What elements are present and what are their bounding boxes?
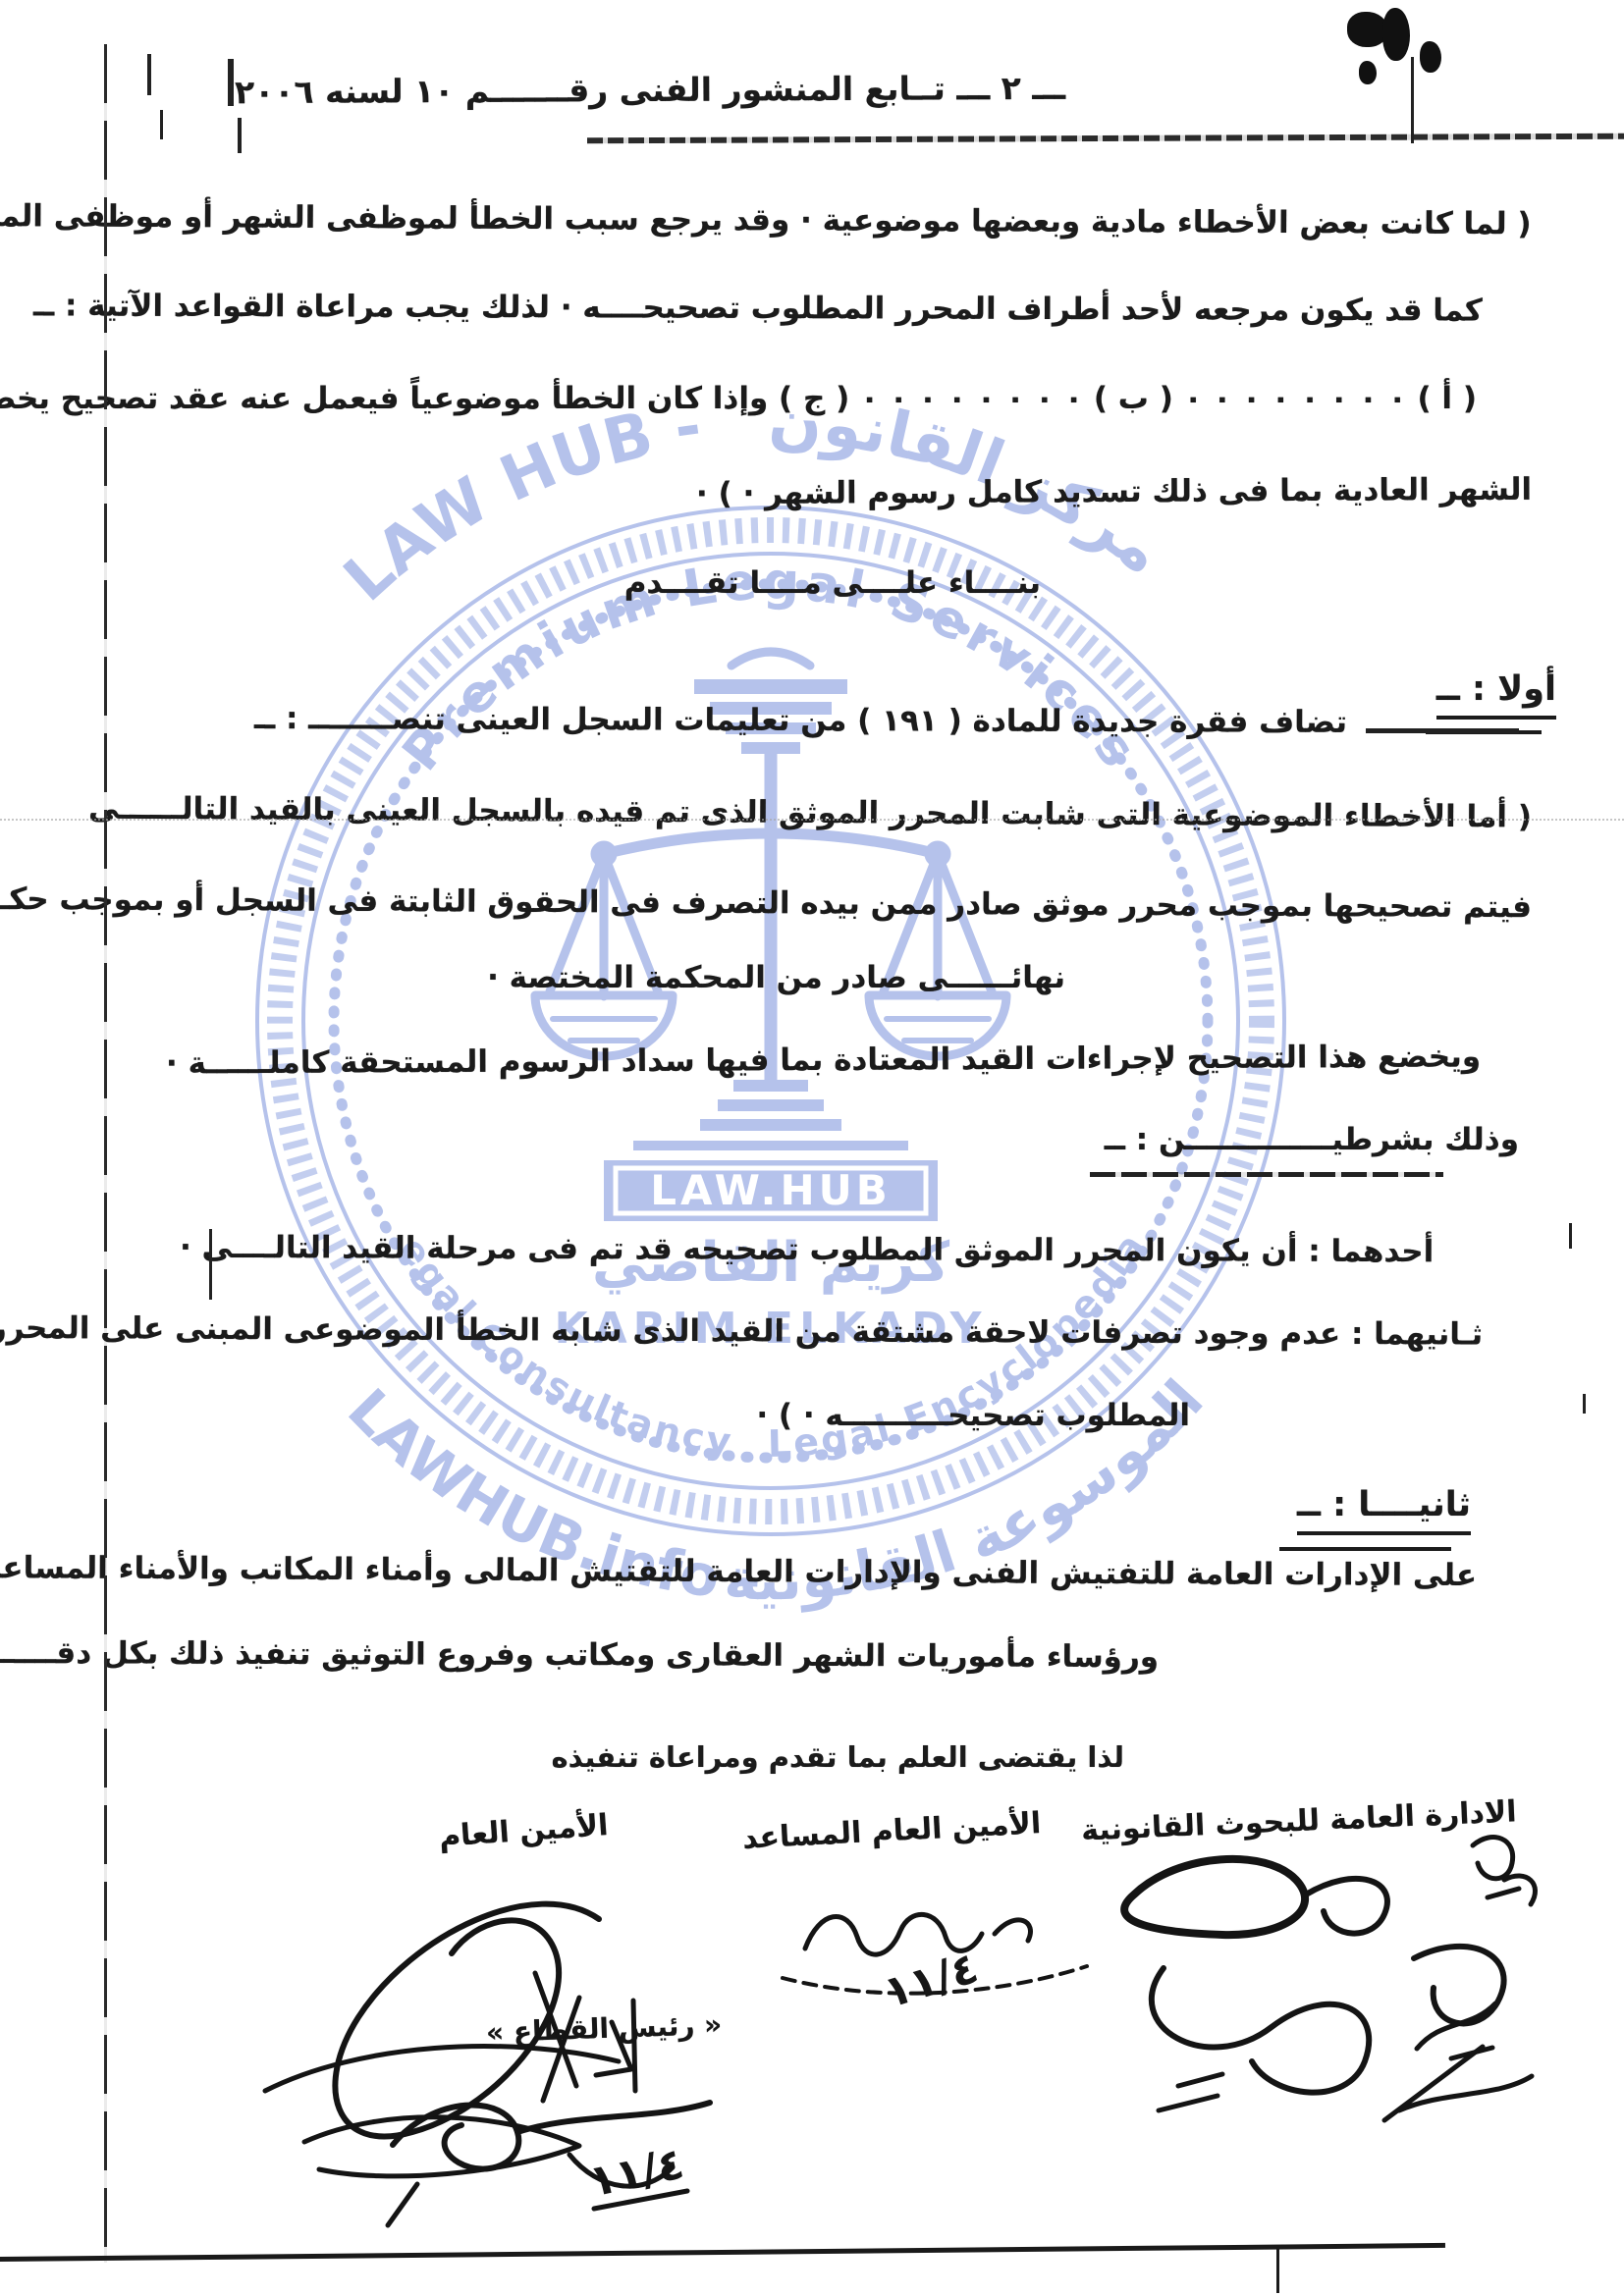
condition-second: ثـانيهما : عدم وجود تصرفات لاحقة مشتقة م… <box>0 1309 1483 1352</box>
bottom-scan-line <box>0 2243 1445 2262</box>
scan-tick <box>1411 57 1414 143</box>
secretary-general-label: الأمين العام <box>438 1808 610 1854</box>
legal-research-dept-signature <box>1060 1841 1551 2135</box>
paragraph-8: فيتم تصحيحها بموجب محرر موثق صادر ممن بي… <box>0 881 1532 926</box>
scan-tick <box>228 59 234 106</box>
sector-head-signature <box>349 2052 741 2238</box>
sector-head-signature-date: ١١/٤ <box>585 2139 688 2208</box>
paragraph-11: وذلك بشرطيــــــــــــــن : ــ <box>1105 1122 1519 1157</box>
section-second-underline <box>1279 1547 1451 1551</box>
closing-instruction: لذا يقتضى العلم بما تقدم ومراعاة تنفيذه <box>551 1740 1124 1774</box>
transition-phrase: بنــــاء علــــى مــــا تقــــدم <box>624 565 1041 601</box>
paragraph-7: ( أما الأخطاء الموضوعية التى شابت المحرر… <box>88 791 1532 835</box>
condition-first: أحدهما : أن يكون المحرر الموثق المطلوب ت… <box>180 1230 1434 1269</box>
scan-tick <box>1583 1394 1586 1414</box>
paragraph-6: تضاف فقرة جديدة للمادة ( ١٩١ ) من تعليما… <box>254 701 1347 740</box>
stamp-rings <box>257 507 1284 1534</box>
header-rule <box>587 133 1624 144</box>
stamp-banner: LAW.HUB <box>604 1141 938 1221</box>
stamp-arc-consultancy: Legal Consultancy <box>142 393 736 1464</box>
paragraph-6-lead-dash <box>1366 728 1519 733</box>
ink-blot <box>1420 41 1441 73</box>
paragraph-15: على الإدارات العامة للتفتيش الفنى والإدا… <box>0 1550 1477 1593</box>
stamp-banner-text: LAW.HUB <box>650 1166 892 1214</box>
legal-research-dept-label: الادارة العامة للبحوث القانونية <box>1081 1794 1518 1847</box>
fold-crease-line <box>0 819 1624 821</box>
section-first-heading: أولا : ــ <box>1436 669 1556 720</box>
left-margin-scan-line <box>104 44 107 2263</box>
ink-blot <box>1382 8 1410 61</box>
margin-initials-mark <box>1463 1824 1532 1917</box>
paragraph-1: ( لما كانت بعض الأخطاء مادية وبعضها موضو… <box>0 198 1532 242</box>
scan-tick <box>160 110 163 139</box>
condition-second-tail: المطلوب تصحيحــــــــــه · ) · <box>756 1398 1190 1433</box>
assistant-signature-date: ١١/٤ <box>879 1943 984 2018</box>
stamp-arc-encyclopedias: Legal Encyclopedias <box>142 393 1155 1466</box>
sector-head-label: « رئيس القطاع » <box>485 2008 722 2049</box>
paragraph-9: نهائــــــى صادر من المحكمة المختصة · <box>487 960 1065 995</box>
scan-tick <box>209 1229 212 1300</box>
svg-text:LAW HUB - مركز القانون: LAW HUB - مركز القانون <box>331 393 1267 705</box>
section-second-heading: ثانيــــا : ــ <box>1297 1485 1471 1535</box>
paragraph-4: الشهر العادية بما فى ذلك تسديد كامل رسوم… <box>696 472 1532 511</box>
svg-text:Legal Consultancy Legal: Legal Consultancy Legal Encyclopedias <box>142 393 1164 1466</box>
scanned-legal-circular-page: LAW HUB - مركز القانون LAWHUB.info - الم… <box>0 0 1624 2296</box>
margin-date-mark <box>1412 1998 1505 2071</box>
paragraph-10: ويخضع هذا التصحيح لإجراءات القيد المعتاد… <box>166 1039 1481 1081</box>
ink-blot <box>1359 61 1377 84</box>
paragraph-16: ورؤساء مأموريات الشهر العقارى ومكاتب وفر… <box>0 1635 1159 1675</box>
scan-tick <box>147 54 151 95</box>
scan-tick <box>1569 1223 1572 1249</box>
scan-tick <box>238 118 242 153</box>
bottom-scan-tick <box>1276 2246 1279 2293</box>
paragraph-3: ( أ ) ٠ ٠ ٠ ٠ ٠ ٠ ٠ ٠ ( ب ) ٠ ٠ ٠ ٠ ٠ ٠ … <box>0 381 1477 416</box>
assistant-secretary-general-label: الأمين العام المساعد <box>741 1806 1042 1856</box>
page-header-title: ـــ ٢ ـــ تــابع المنشور الفنى رقـــــــ… <box>235 69 1065 111</box>
paragraph-2: كما قد يكون مرجعه لأحد أطراف المحرر المط… <box>33 288 1483 328</box>
paragraph-11-underline <box>1090 1172 1443 1177</box>
